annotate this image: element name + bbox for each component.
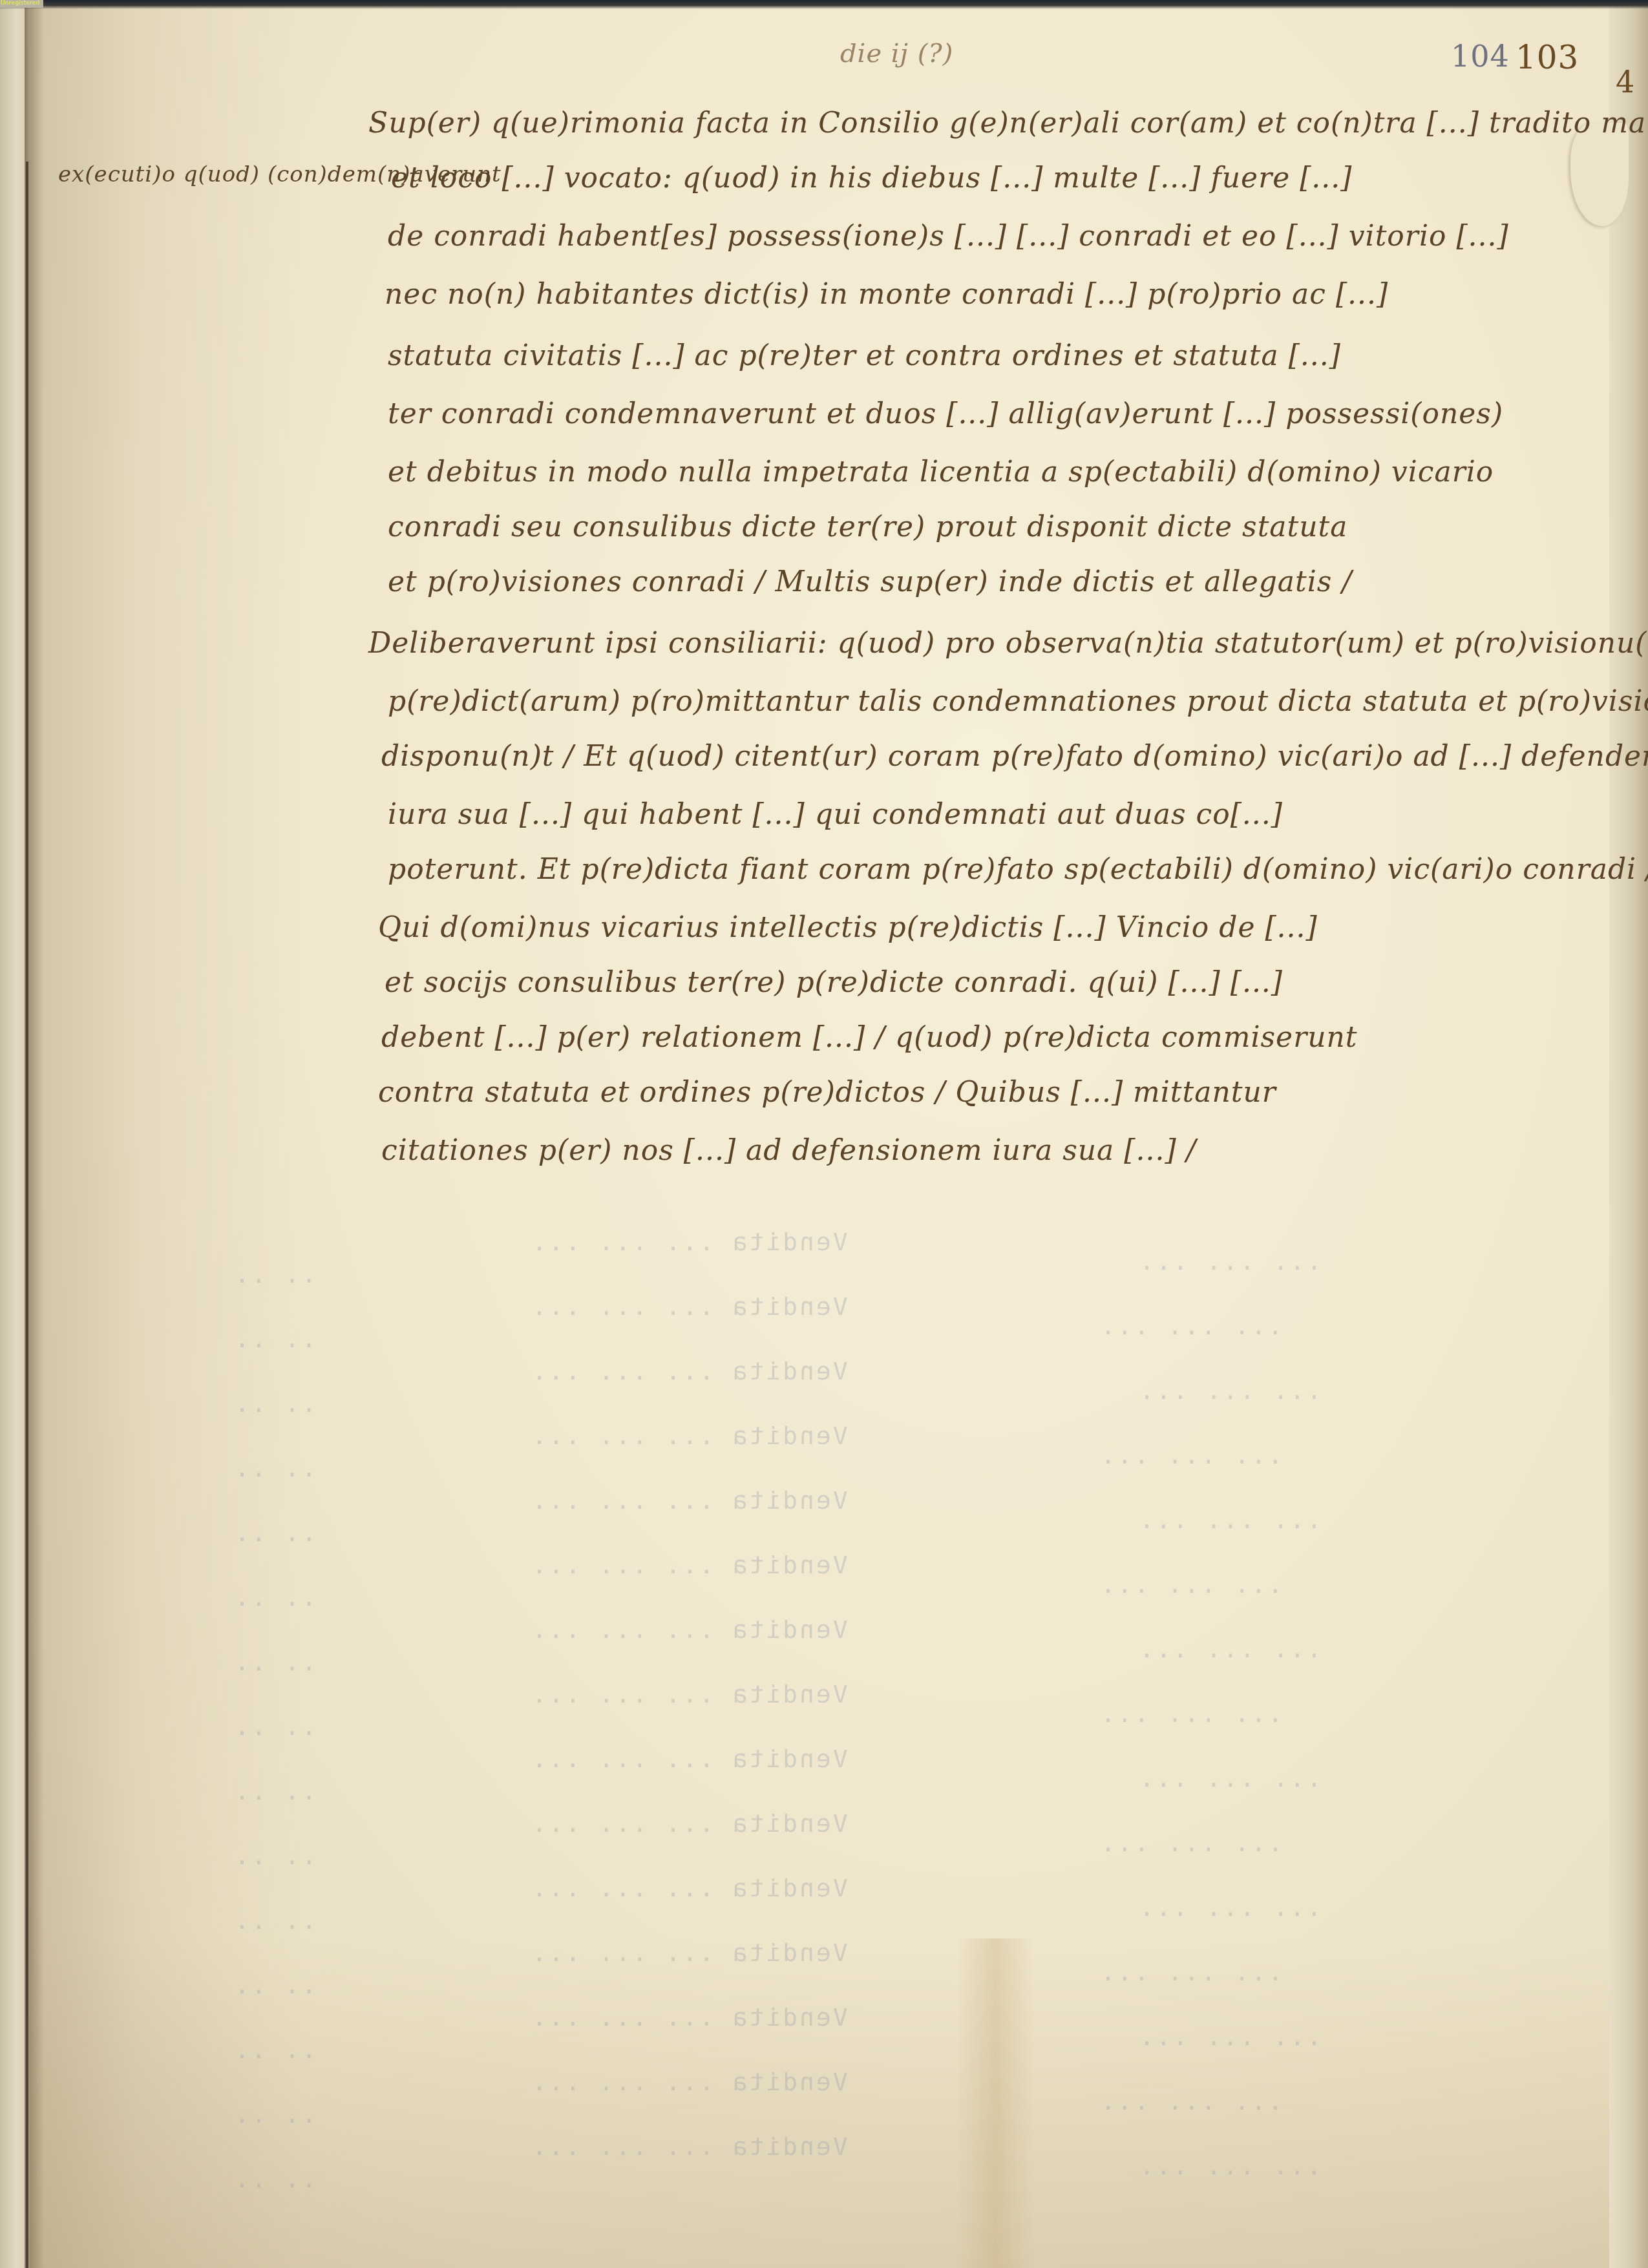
manuscript-scan: Unregistered. Vendita ... ... ...... ...…: [0, 0, 1648, 2268]
bleed-through-margin: .. ..: [233, 1583, 316, 1612]
bleed-through-column: ... ... ...: [1137, 1893, 1322, 1922]
bleed-through-margin: .. ..: [233, 1971, 316, 1999]
bleed-through-column: ... ... ...: [1137, 1506, 1322, 1534]
bleed-through-line: Vendita ... ... ...: [530, 1228, 848, 1256]
bleed-through-line: Vendita ... ... ...: [530, 1809, 848, 1838]
text-line: ter conradi condemnaverunt et duos [...]…: [388, 397, 1503, 430]
bleed-through-margin: .. ..: [233, 1454, 316, 1482]
bleed-through-line: Vendita ... ... ...: [530, 1292, 848, 1321]
text-line: conradi seu consulibus dicte ter(re) pro…: [388, 510, 1348, 543]
text-line: Deliberaverunt ipsi consiliarii: q(uod) …: [368, 627, 1648, 660]
bleed-through-margin: .. ..: [233, 1260, 316, 1288]
text-line: iura sua [...] qui habent [...] qui cond…: [388, 798, 1283, 831]
bleed-through-column: ... ... ...: [1137, 1247, 1322, 1276]
bleed-through-line: Vendita ... ... ...: [530, 2003, 848, 2032]
bleed-through-margin: .. ..: [233, 2035, 316, 2064]
bleed-through-column: ... ... ...: [1099, 1699, 1283, 1728]
bleed-through-margin: .. ..: [233, 1648, 316, 1676]
bleed-through-column: ... ... ...: [1099, 1441, 1283, 1469]
text-line: contra statuta et ordines p(re)dictos / …: [378, 1076, 1276, 1109]
bleed-through-margin: .. ..: [233, 1777, 316, 1805]
bleed-through-line: Vendita ... ... ...: [530, 1486, 848, 1515]
folio-number-pencil: 104: [1451, 39, 1510, 74]
bleed-through-line: Vendita ... ... ...: [530, 1874, 848, 1902]
bleed-through-margin: .. ..: [233, 1518, 316, 1547]
bleed-through-margin: .. ..: [233, 1389, 316, 1418]
bleed-through-margin: .. ..: [233, 1906, 316, 1935]
text-line: disponu(n)t / Et q(uod) citent(ur) coram…: [381, 740, 1648, 773]
bleed-through-line: Vendita ... ... ...: [530, 1938, 848, 1967]
text-line: debent [...] p(er) relationem [...] / q(…: [381, 1021, 1358, 1054]
bleed-through-column: ... ... ...: [1099, 1958, 1283, 1986]
bleed-through-column: ... ... ...: [1099, 1312, 1283, 1340]
binding-shadow-top: [0, 0, 1648, 9]
bleed-through-margin: .. ..: [233, 2165, 316, 2193]
text-line: et p(ro)visiones conradi / Multis sup(er…: [388, 565, 1352, 598]
corner-number: 4: [1616, 65, 1635, 100]
text-line: poterunt. Et p(re)dicta fiant coram p(re…: [388, 853, 1648, 886]
bleed-through-column: ... ... ...: [1137, 2152, 1322, 2180]
bleed-through-line: Vendita ... ... ...: [530, 2132, 848, 2161]
text-line: nec no(n) habitantes dict(is) in monte c…: [385, 278, 1388, 311]
bleed-through-line: Vendita ... ... ...: [530, 1745, 848, 1773]
header-mark: die ij (?): [840, 39, 953, 68]
bleed-through-line: Vendita ... ... ...: [530, 1615, 848, 1644]
bleed-through-column: ... ... ...: [1099, 2087, 1283, 2116]
bleed-through-column: ... ... ...: [1099, 1570, 1283, 1599]
bleed-through-line: Vendita ... ... ...: [530, 1422, 848, 1450]
text-line: statuta civitatis [...] ac p(re)ter et c…: [388, 339, 1341, 372]
bleed-through-line: Vendita ... ... ...: [530, 1680, 848, 1708]
bleed-through-column: ... ... ...: [1137, 1635, 1322, 1663]
bleed-through-line: Vendita ... ... ...: [530, 1357, 848, 1385]
text-line: de conradi habent[es] possess(ione)s [..…: [388, 220, 1509, 253]
text-line: p(re)dict(arum) p(ro)mittantur talis con…: [388, 685, 1648, 718]
gutter-line: [26, 162, 28, 2268]
fold-stain: [956, 1938, 1034, 2268]
text-line: et loco [...] vocato: q(uod) in his dieb…: [391, 162, 1352, 194]
bleed-through-margin: .. ..: [233, 1325, 316, 1353]
text-line: et debitus in modo nulla impetrata licen…: [388, 456, 1494, 488]
bleed-through-column: ... ... ...: [1099, 1829, 1283, 1857]
bleed-through-margin: .. ..: [233, 1842, 316, 1870]
text-line: et socijs consulibus ter(re) p(re)dicte …: [385, 966, 1283, 999]
bleed-through-line: Vendita ... ... ...: [530, 1551, 848, 1579]
text-line: Sup(er) q(ue)rimonia facta in Consilio g…: [368, 107, 1648, 140]
bleed-through-margin: .. ..: [233, 1712, 316, 1741]
text-line: citationes p(er) nos [...] ad defensione…: [381, 1134, 1196, 1167]
unregistered-watermark: Unregistered.: [0, 0, 43, 8]
text-line: Qui d(omi)nus vicarius intellectis p(re)…: [378, 911, 1318, 944]
bleed-through-column: ... ... ...: [1137, 1376, 1322, 1405]
bleed-through-column: ... ... ...: [1137, 2022, 1322, 2051]
folio-number-ink: 103: [1516, 39, 1579, 76]
bleed-through-line: Vendita ... ... ...: [530, 2068, 848, 2096]
right-page-edge: [1609, 0, 1648, 2268]
bleed-through-column: ... ... ...: [1137, 1764, 1322, 1792]
bleed-through-margin: .. ..: [233, 2100, 316, 2128]
